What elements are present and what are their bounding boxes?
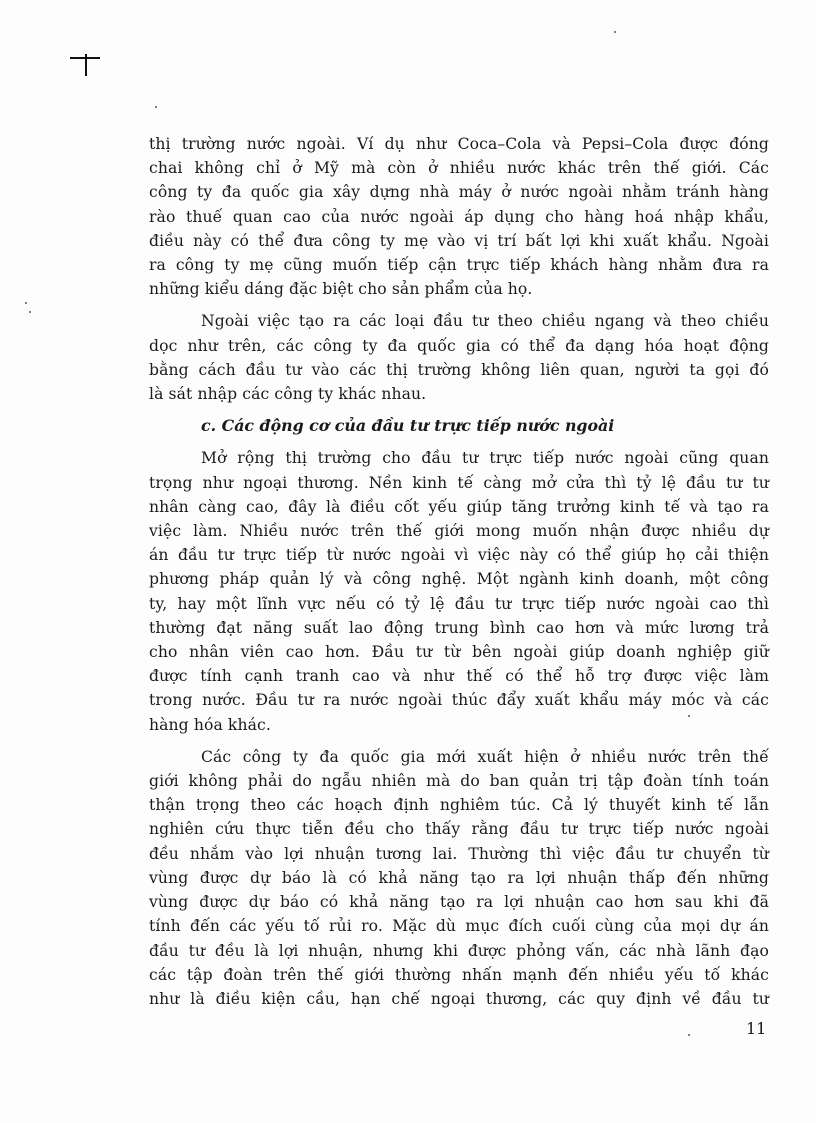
text-line: như là điều kiện cầu, hạn chế ngoại thươ… <box>149 987 769 1011</box>
text-line: tính đến các yếu tố rủi ro. Mặc dù mục đ… <box>149 914 769 938</box>
body-text: thị trường nước ngoài. Ví dụ như Coca–Co… <box>149 132 769 1019</box>
text-line: Các công ty đa quốc gia mới xuất hiện ở … <box>149 745 769 769</box>
text-line: Mở rộng thị trường cho đầu tư trực tiếp … <box>149 446 769 470</box>
text-line: trong nước. Đầu tư ra nước ngoài thúc đẩ… <box>149 688 769 712</box>
scan-speck <box>29 311 31 313</box>
scan-speck <box>688 1034 690 1036</box>
text-line: được tính cạnh tranh cao và như thế có t… <box>149 664 769 688</box>
text-line: vùng được dự báo có khả năng tạo ra lợi … <box>149 890 769 914</box>
scanned-book-page: thị trường nước ngoài. Ví dụ như Coca–Co… <box>0 0 816 1123</box>
text-line: việc làm. Nhiều nước trên thế giới mong … <box>149 519 769 543</box>
text-line: ty, hay một lĩnh vực nếu có tỷ lệ đầu tư… <box>149 592 769 616</box>
text-line: đầu tư đều là lợi nhuận, nhưng khi được … <box>149 939 769 963</box>
text-line: phương pháp quản lý và công nghệ. Một ng… <box>149 567 769 591</box>
text-line: là sát nhập các công ty khác nhau. <box>149 382 769 406</box>
text-line: án đầu tư trực tiếp từ nước ngoài vì việ… <box>149 543 769 567</box>
paragraph: thị trường nước ngoài. Ví dụ như Coca–Co… <box>149 132 769 301</box>
text-line: Ngoài việc tạo ra các loại đầu tư theo c… <box>149 309 769 333</box>
text-line: cho nhân viên cao hơn. Đầu tư từ bên ngo… <box>149 640 769 664</box>
text-line: thị trường nước ngoài. Ví dụ như Coca–Co… <box>149 132 769 156</box>
paragraph: Mở rộng thị trường cho đầu tư trực tiếp … <box>149 446 769 736</box>
scan-speck <box>614 31 616 33</box>
text-line: trọng như ngoại thương. Nền kinh tế càng… <box>149 471 769 495</box>
text-line: ra công ty mẹ cũng muốn tiếp cận trực ti… <box>149 253 769 277</box>
text-line: hàng hóa khác. <box>149 713 769 737</box>
text-line: chai không chỉ ở Mỹ mà còn ở nhiều nước … <box>149 156 769 180</box>
crop-mark-icon <box>70 54 100 76</box>
page-number: 11 <box>746 1019 766 1038</box>
text-line: những kiểu dáng đặc biệt cho sản phẩm củ… <box>149 277 769 301</box>
text-line: dọc như trên, các công ty đa quốc gia có… <box>149 334 769 358</box>
text-line: công ty đa quốc gia xây dựng nhà máy ở n… <box>149 180 769 204</box>
text-line: các tập đoàn trên thế giới thường nhấn m… <box>149 963 769 987</box>
text-line: bằng cách đầu tư vào các thị trường khôn… <box>149 358 769 382</box>
section-heading: c. Các động cơ của đầu tư trực tiếp nước… <box>149 414 769 438</box>
paragraph: Các công ty đa quốc gia mới xuất hiện ở … <box>149 745 769 1011</box>
text-line: thận trọng theo các hoạch định nghiêm tú… <box>149 793 769 817</box>
text-line: giới không phải do ngẫu nhiên mà do ban … <box>149 769 769 793</box>
text-line: đều nhắm vào lợi nhuận tương lai. Thường… <box>149 842 769 866</box>
scan-speck <box>25 302 27 304</box>
text-line: điều này có thể đưa công ty mẹ vào vị tr… <box>149 229 769 253</box>
paragraph: Ngoài việc tạo ra các loại đầu tư theo c… <box>149 309 769 406</box>
text-line: nhân càng cao, đây là điều cốt yếu giúp … <box>149 495 769 519</box>
text-line: vùng được dự báo là có khả năng tạo ra l… <box>149 866 769 890</box>
text-line: thường đạt năng suất lao động trung bình… <box>149 616 769 640</box>
text-line: rào thuế quan cao của nước ngoài áp dụng… <box>149 205 769 229</box>
scan-speck <box>155 106 157 108</box>
text-line: nghiên cứu thực tiễn đều cho thấy rằng đ… <box>149 817 769 841</box>
